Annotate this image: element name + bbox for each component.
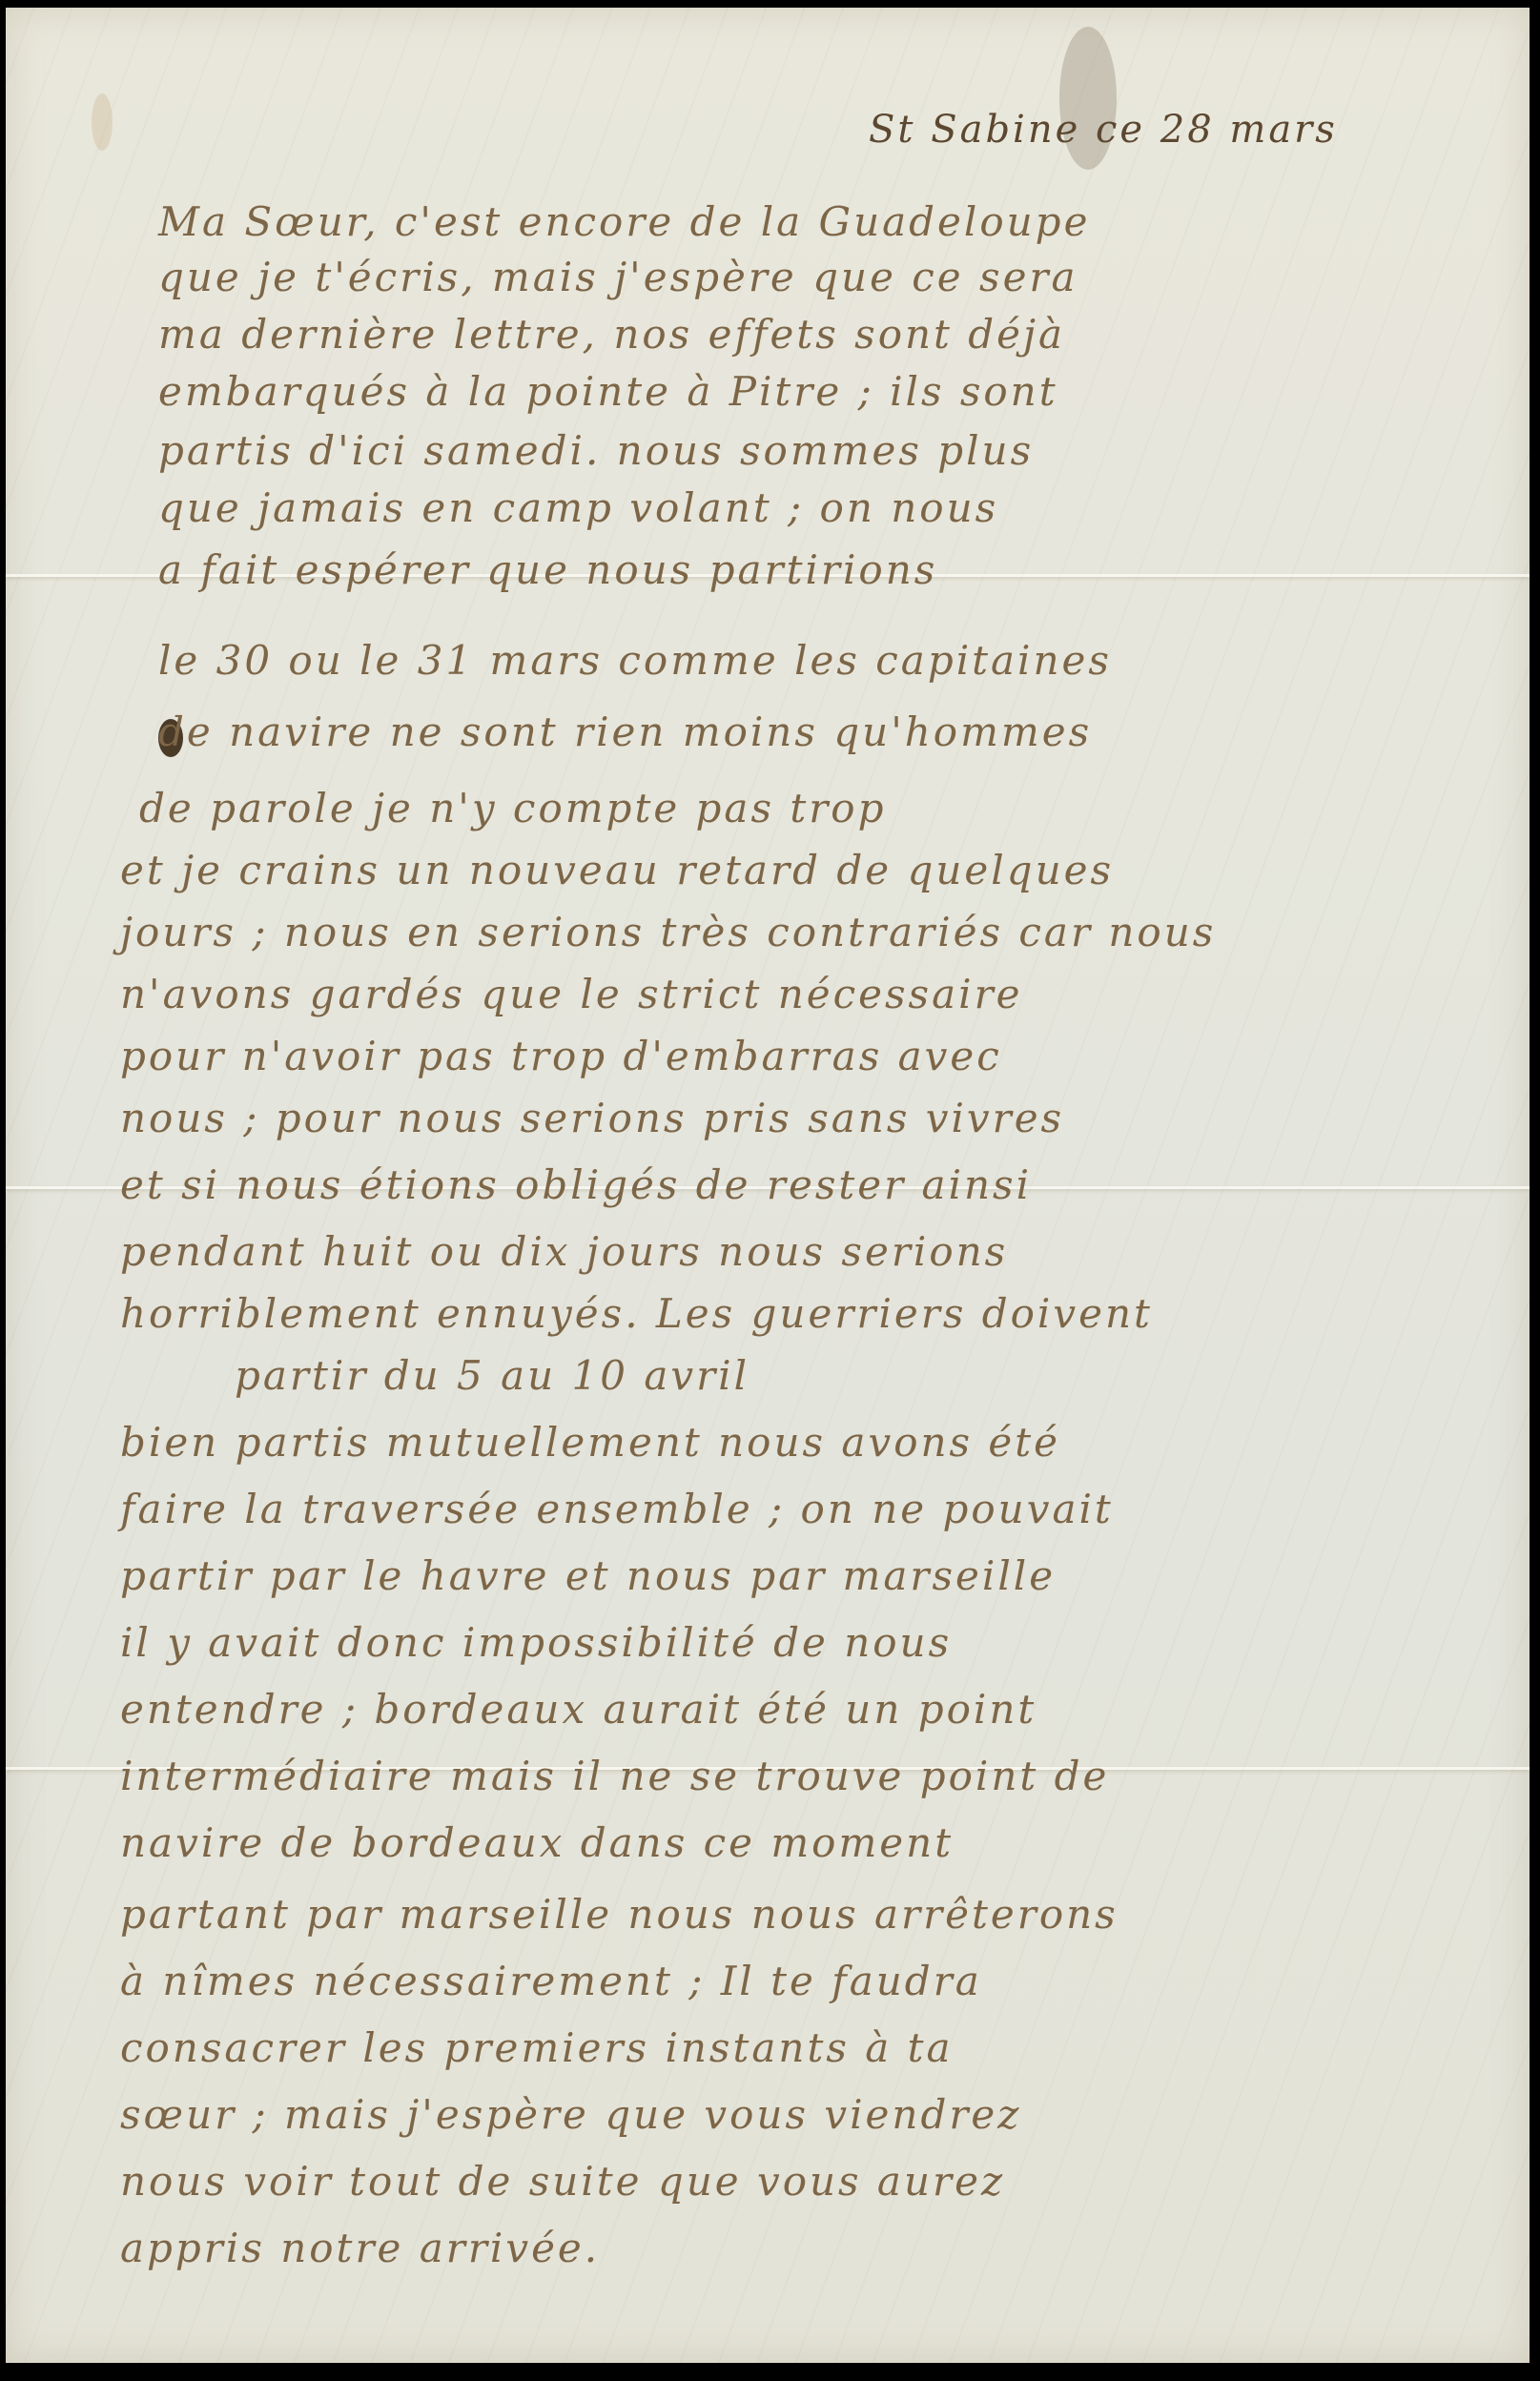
letter-line: nous ; pour nous serions pris sans vivre… [120,1095,1064,1141]
letter-line: faire la traversée ensemble ; on ne pouv… [120,1486,1114,1532]
letter-line: a fait espérer que nous partirions [158,546,937,593]
letter-line: jours ; nous en serions très contrariés … [120,909,1216,955]
letter-line: bien partis mutuellement nous avons été [120,1419,1060,1466]
letter-line: pendant huit ou dix jours nous serions [120,1228,1008,1275]
letter-line: de parole je n'y compte pas trop [139,785,886,831]
letter-line: n'avons gardés que le strict nécessaire [120,971,1023,1017]
letter-line: partant par marseille nous nous arrêtero… [120,1891,1119,1938]
letter-line: horriblement ennuyés. Les guerriers doiv… [120,1290,1153,1337]
letter-line: et si nous étions obligés de rester ains… [120,1161,1032,1208]
letter-line: embarqués à la pointe à Pitre ; ils sont [158,368,1058,415]
letter-line: partir du 5 au 10 avril [235,1352,749,1399]
letter-line: et je crains un nouveau retard de quelqu… [120,847,1114,893]
letter-line: de navire ne sont rien moins qu'hommes [158,708,1092,755]
letter-line: consacrer les premiers instants à ta [120,2024,954,2071]
letter-line: le 30 ou le 31 mars comme les capitaines [158,637,1112,684]
letter-line: navire de bordeaux dans ce moment [120,1819,954,1866]
letter-line: que jamais en camp volant ; on nous [158,484,998,531]
letter-line: partir par le havre et nous par marseill… [120,1552,1056,1599]
letter-line: il y avait donc impossibilité de nous [120,1619,952,1666]
letter-line: que je t'écris, mais j'espère que ce ser… [158,254,1078,300]
letter-line: partis d'ici samedi. nous sommes plus [158,427,1034,474]
letter-line: sœur ; mais j'espère que vous viendrez [120,2091,1021,2138]
letter-line: appris notre arrivée. [120,2225,600,2271]
letter-line: ma dernière lettre, nos effets sont déjà [158,311,1065,358]
letter-line: pour n'avoir pas trop d'embarras avec [120,1033,1002,1079]
letter-line: nous voir tout de suite que vous aurez [120,2158,1005,2205]
letter-line: intermédiaire mais il ne se trouve point… [120,1753,1109,1799]
foxing-stain [92,93,113,151]
date-line: St Sabine ce 28 mars [869,108,1338,152]
letter-line: à nîmes nécessairement ; Il te faudra [120,1958,982,2004]
letter-line: Ma Sœur, c'est encore de la Guadeloupe [158,198,1090,245]
letter-line: entendre ; bordeaux aurait été un point [120,1686,1037,1733]
letter-page: St Sabine ce 28 mars Ma Sœur, c'est enco… [6,8,1530,2363]
